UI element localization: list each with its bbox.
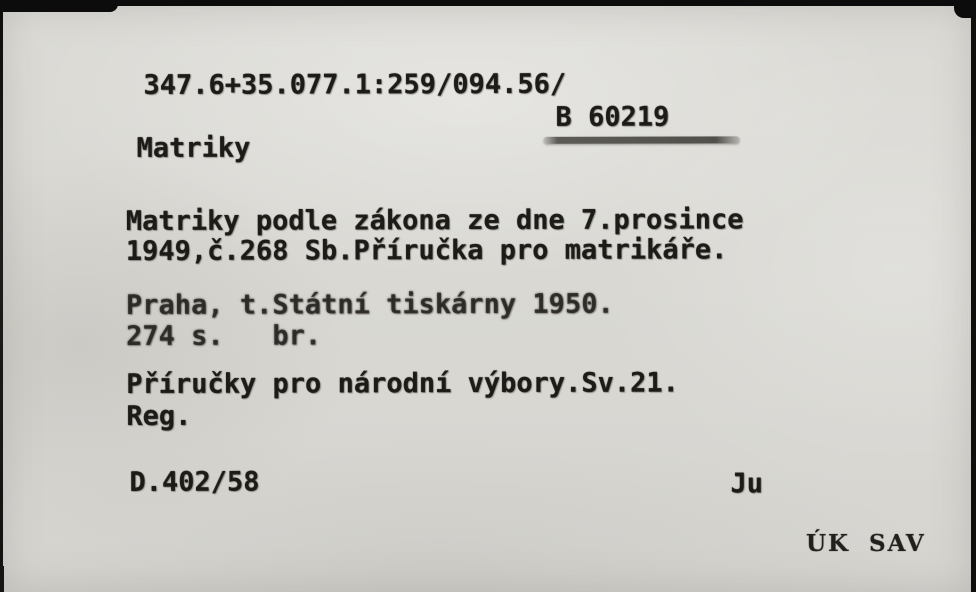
registration-note: Reg.	[126, 402, 191, 432]
title-line-1: Matriky podle zákona ze dne 7.prosince	[126, 205, 744, 236]
accession-number: B 60219	[555, 103, 669, 133]
collation-line: 274 s. br.	[126, 321, 321, 351]
typed-text-layer: 347.6+35.077.1:259/094.56/ B 60219 Matri…	[0, 0, 976, 592]
imprint-line: Praha, t.Státní tiskárny 1950.	[126, 290, 614, 321]
title-line-2: 1949,č.268 Sb.Příručka pro matrikáře.	[126, 235, 728, 266]
accession-underline	[544, 136, 740, 144]
library-stamp: ÚK SAV	[806, 530, 926, 557]
call-number: 347.6+35.077.1:259/094.56/	[143, 70, 566, 101]
subject-heading: Matriky	[137, 134, 251, 164]
cataloger-initials: Ju	[730, 469, 763, 499]
scanned-card: 347.6+35.077.1:259/094.56/ B 60219 Matri…	[0, 0, 976, 592]
record-number: D.402/58	[129, 468, 259, 498]
series-line: Příručky pro národní výbory.Sv.21.	[126, 369, 679, 400]
